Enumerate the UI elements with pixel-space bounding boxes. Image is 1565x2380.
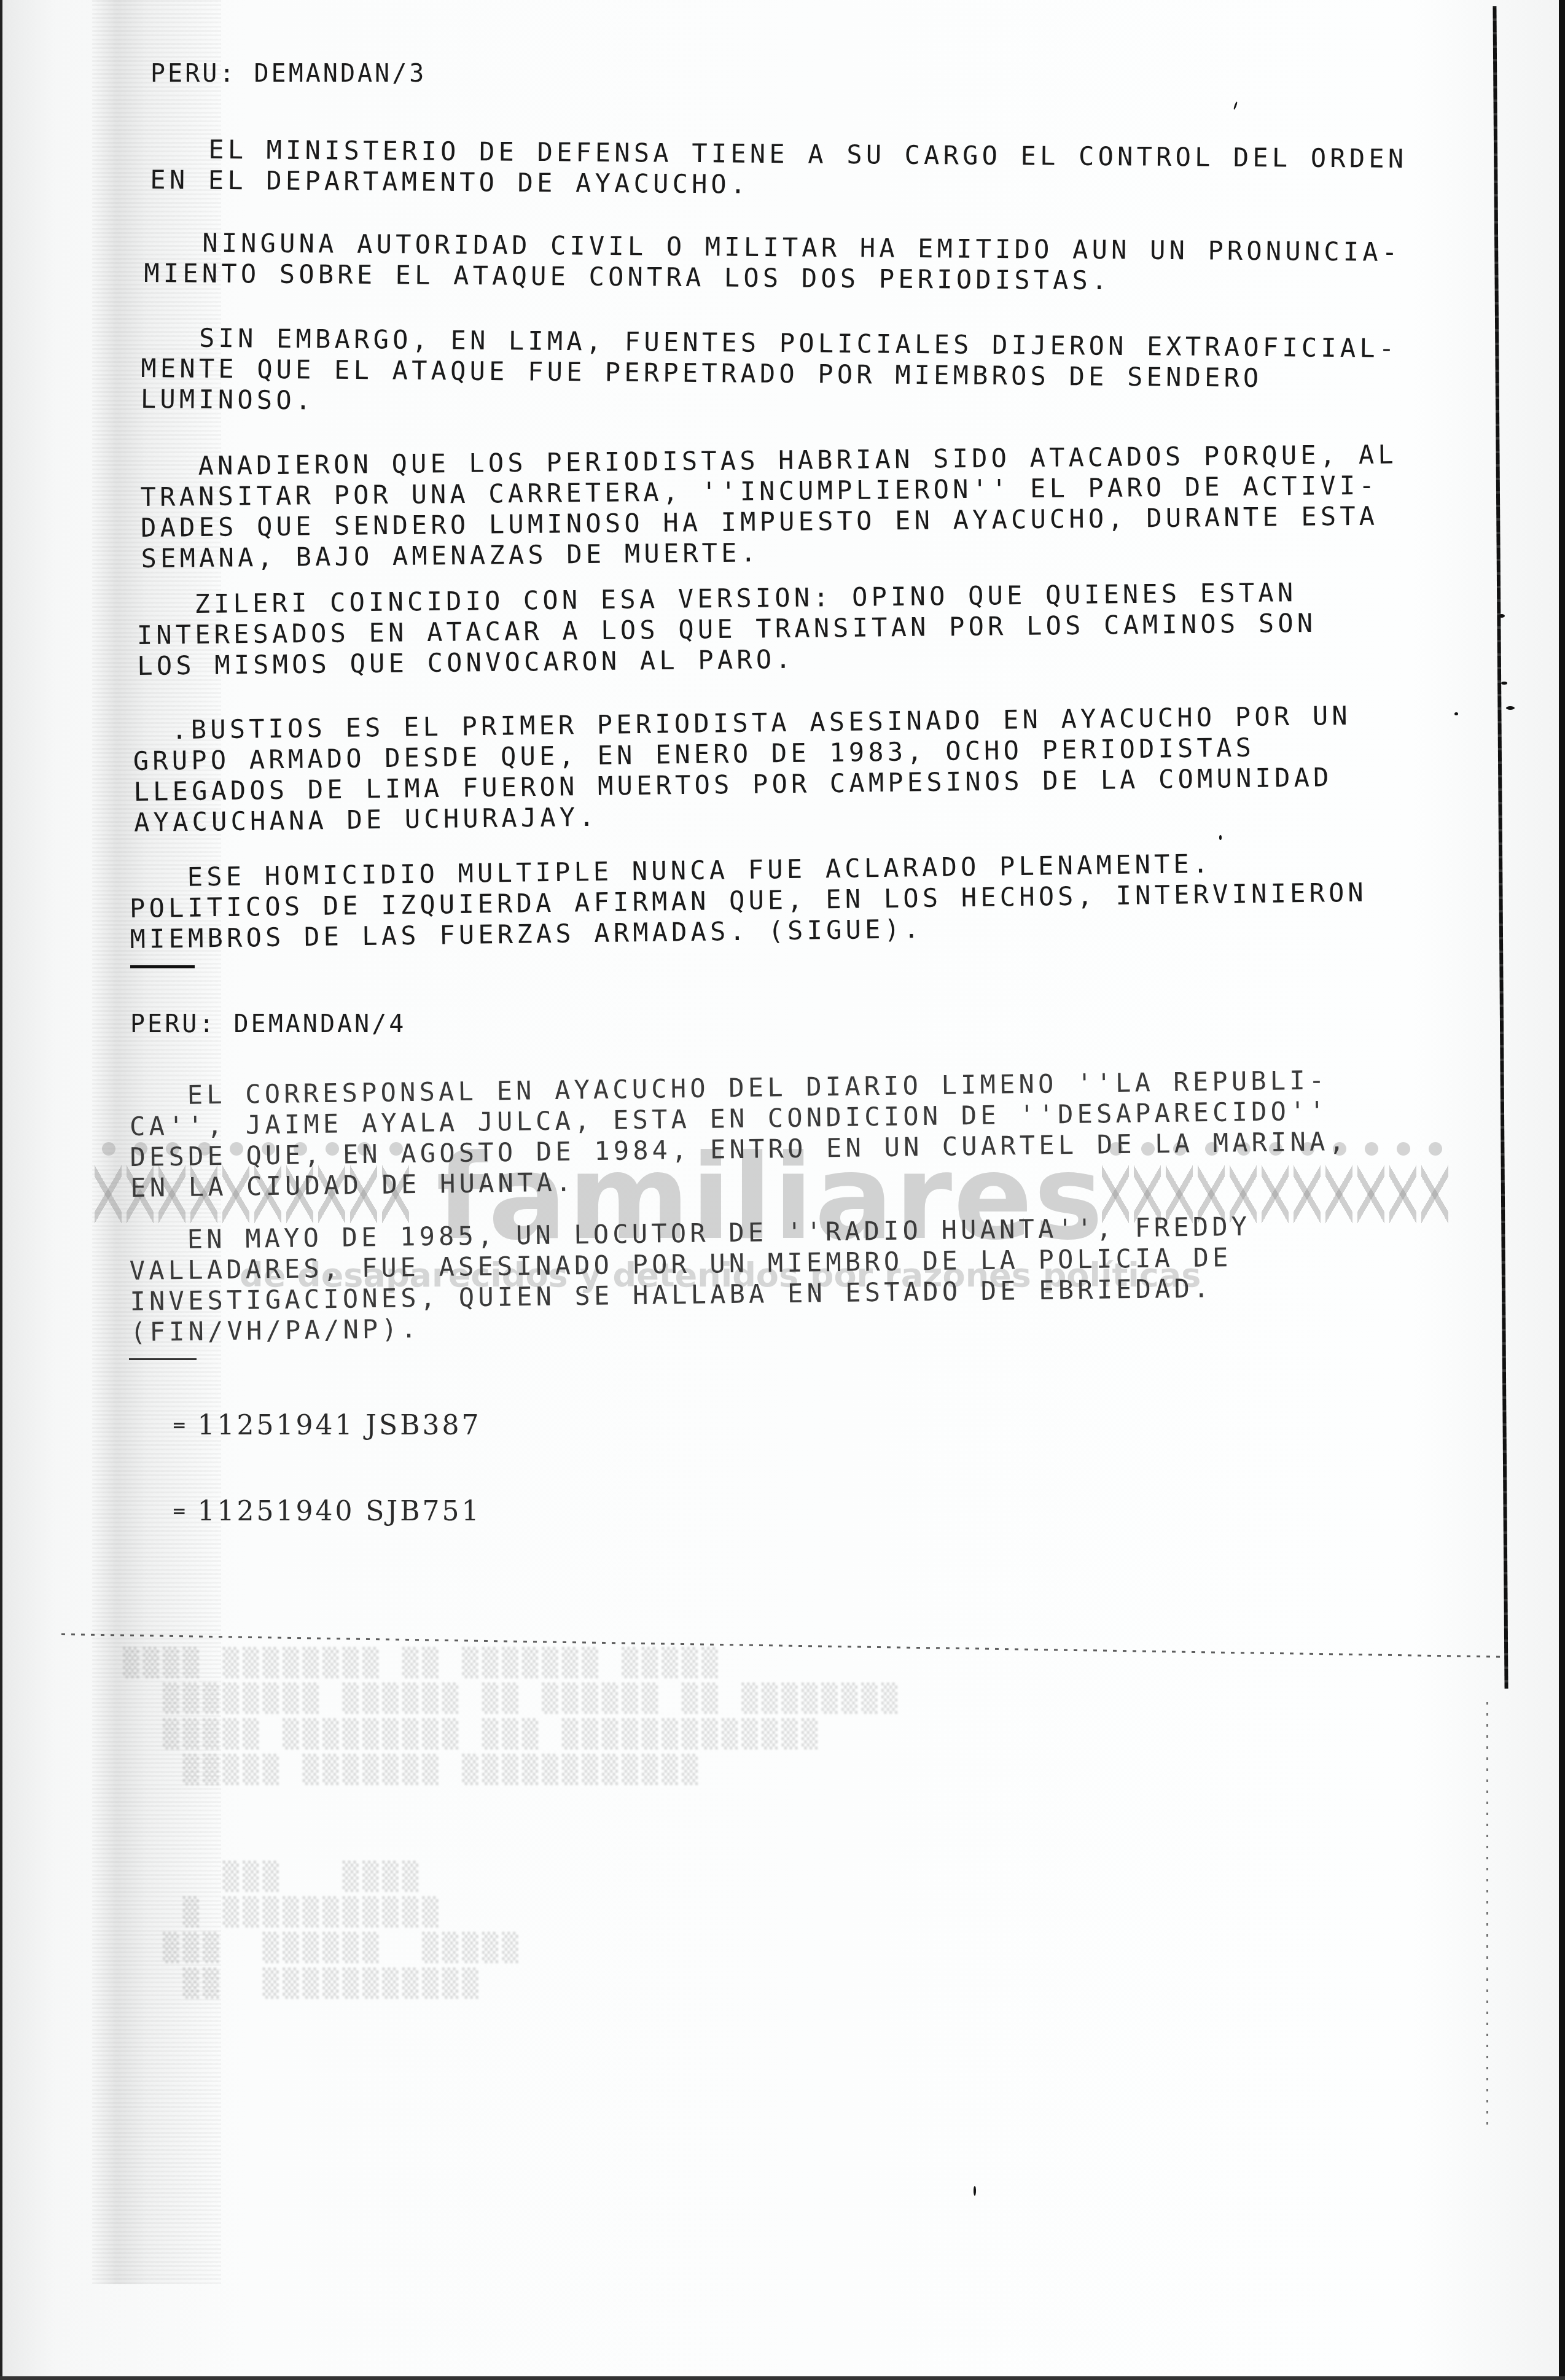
paragraph-homicidio: ESE HOMICIDIO MULTIPLE NUNCA FUE ACLARAD… (129, 847, 1368, 955)
transmission-code-value: 11251941 JSB387 (197, 1410, 481, 1441)
slug-section-4: PERU: DEMANDAN/4 (130, 1009, 406, 1040)
toner-speck (1499, 614, 1505, 618)
paragraph-sin-embargo: SIN EMBARGO, EN LIMA, FUENTES POLICIALES… (141, 322, 1399, 426)
toner-speck (1454, 712, 1458, 715)
paragraph-anadieron: ANADIERON QUE LOS PERIODISTAS HABRIAN SI… (140, 439, 1398, 574)
equals-marker: = (172, 1501, 189, 1521)
scanned-page: ▒▒▒▒ ▒▒▒▒▒▒▒▒ ▒▒ ▒▒▒▒▒▒▒ ▒▒▒▒▒ ▒▒▒▒▒▒▒▒ … (0, 0, 1565, 2380)
paragraph-ninguna-autoridad: NINGUNA AUTORIDAD CIVIL O MILITAR HA EMI… (144, 227, 1401, 298)
toner-speck (1219, 835, 1222, 840)
bleed-through-text: ▒▒▒▒ ▒▒▒▒▒▒▒▒ ▒▒ ▒▒▒▒▒▒▒ ▒▒▒▒▒ ▒▒▒▒▒▒▒▒ … (123, 1646, 1228, 2075)
end-divider-rule (129, 1358, 197, 1360)
paragraph-zileri: ZILERI COINCIDIO CON ESA VERSION: OPINO … (136, 577, 1317, 682)
paragraph-ministerio: EL MINISTERIO DE DEFENSA TIENE A SU CARG… (150, 134, 1407, 205)
toner-speck (1233, 101, 1238, 110)
scan-edge-right (1559, 0, 1565, 2380)
transmission-code-1: =11251941 JSB387 (128, 1379, 481, 1472)
page-fold-line (1493, 6, 1508, 1689)
slug-section-3: PERU: DEMANDAN/3 (150, 58, 426, 89)
paragraph-locutor: EN MAYO DE 1985, UN LOCUTOR DE ''RADIO H… (129, 1211, 1252, 1348)
transmission-code-value: 11251940 SJB751 (197, 1496, 481, 1527)
scan-edge-left (0, 0, 2, 2380)
toner-speck (974, 2186, 976, 2196)
paragraph-corresponsal: EL CORRESPONSAL EN AYACUCHO DEL DIARIO L… (129, 1065, 1349, 1204)
scan-edge-bottom (0, 2376, 1565, 2380)
page-fold-line-faint (1486, 1695, 1488, 2125)
section-divider-rule (130, 965, 195, 968)
equals-marker: = (172, 1415, 189, 1435)
paragraph-bustios: .BUSTIOS ES EL PRIMER PERIODISTA ASESINA… (133, 701, 1352, 838)
transmission-code-2: =11251940 SJB751 (128, 1464, 481, 1558)
toner-speck (1506, 706, 1515, 710)
toner-speck (1501, 682, 1507, 685)
